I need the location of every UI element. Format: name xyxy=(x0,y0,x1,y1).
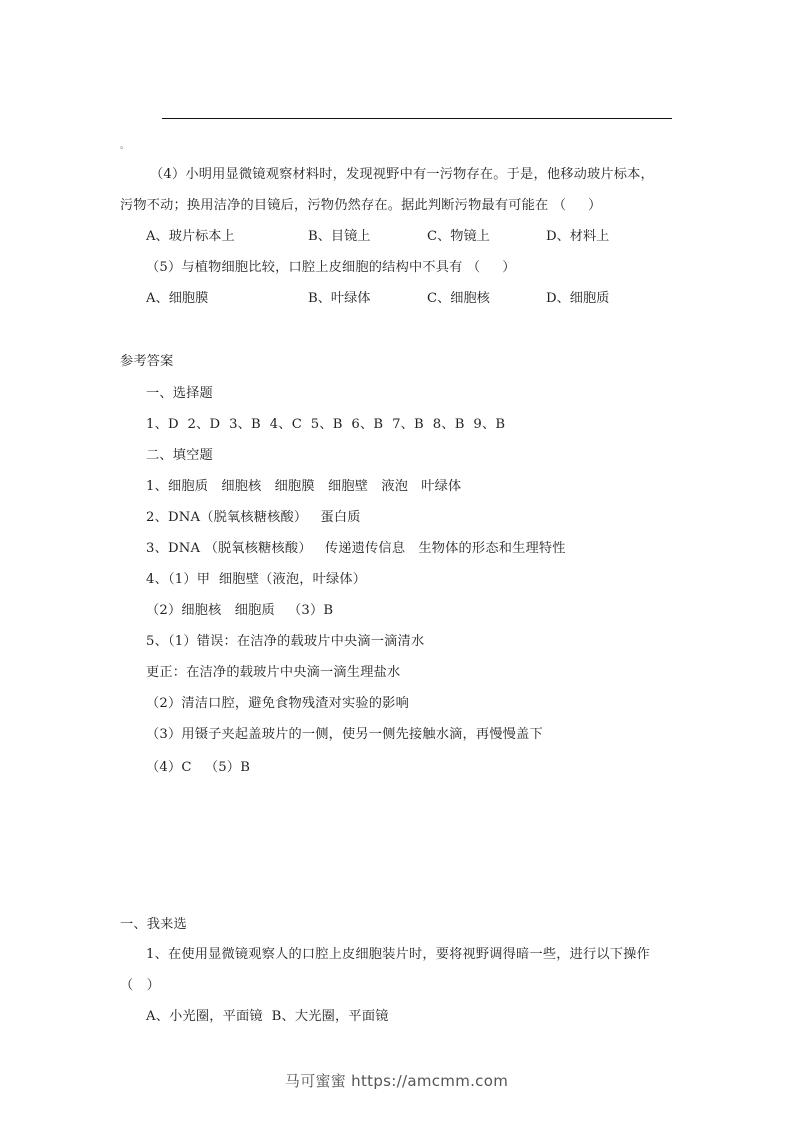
q5-option-c: C、细胞核 xyxy=(427,291,490,307)
q5-option-b: B、叶绿体 xyxy=(308,291,370,307)
fill-answer-5-4-5: （4）C （5）B xyxy=(146,760,250,776)
q4-option-d: D、材料上 xyxy=(546,229,609,245)
q4-line-1: （4）小明用显微镜观察材料时，发现视野中有一污物存在。于是，他移动玻片标本， xyxy=(150,167,654,183)
section1-answers: 1、D 2、D 3、B 4、C 5、B 6、B 7、B 8、B 9、B xyxy=(146,417,505,433)
fill-answer-5-1: 5、（1）错误：在洁净的载玻片中央滴一滴清水 xyxy=(146,634,424,650)
fill-answer-4-1: 4、（1）甲 细胞壁（液泡，叶绿体） xyxy=(146,572,366,588)
answers-title: 参考答案 xyxy=(120,354,174,370)
q4-option-c: C、物镜上 xyxy=(427,229,490,245)
q4-option-a: A、玻片标本上 xyxy=(146,229,235,245)
q4-option-b: B、目镜上 xyxy=(308,229,370,245)
next-section-title: 一、我来选 xyxy=(120,917,187,933)
document-page: 。 （4）小明用显微镜观察材料时，发现视野中有一污物存在。于是，他移动玻片标本，… xyxy=(0,0,793,1122)
trailing-period: 。 xyxy=(120,138,129,151)
next-q1-line-2: （ ） xyxy=(120,978,160,994)
watermark-footer: 马可蜜蜜 https://amcmm.com xyxy=(0,1070,793,1091)
q5-line-1: （5）与植物细胞比较，口腔上皮细胞的结构中不具有 （ ） xyxy=(146,260,516,276)
next-q1-line-1: 1、在使用显微镜观察人的口腔上皮细胞装片时，要将视野调得暗一些，进行以下操作 xyxy=(146,947,650,963)
fill-answer-4-2: （2）细胞核 细胞质 （3）B xyxy=(146,603,333,619)
fill-answer-5-3: （3）用镊子夹起盖玻片的一侧，使另一侧先接触水滴，再慢慢盖下 xyxy=(146,727,543,743)
fill-answer-3: 3、DNA （脱氧核糖核酸） 传递遗传信息 生物体的形态和生理特性 xyxy=(146,541,566,557)
fill-answer-5-correction: 更正：在洁净的载玻片中央滴一滴生理盐水 xyxy=(146,665,400,681)
section2-title: 二、填空题 xyxy=(146,448,213,464)
fill-answer-2: 2、DNA（脱氧核糖核酸） 蛋白质 xyxy=(146,510,361,526)
next-q1-options: A、小光圈，平面镜 B、大光圈，平面镜 xyxy=(146,1009,389,1025)
q4-line-2: 污物不动；换用洁净的目镜后，污物仍然存在。据此判断污物最有可能在 （ ） xyxy=(120,198,602,214)
fill-answer-1: 1、细胞质 细胞核 细胞膜 细胞壁 液泡 叶绿体 xyxy=(146,479,461,495)
q5-option-a: A、细胞膜 xyxy=(146,291,208,307)
fill-answer-5-2: （2）清洁口腔，避免食物残渣对实验的影响 xyxy=(146,696,409,712)
section1-title: 一、选择题 xyxy=(146,386,213,402)
q5-option-d: D、细胞质 xyxy=(546,291,609,307)
answer-blank-line xyxy=(162,118,672,119)
